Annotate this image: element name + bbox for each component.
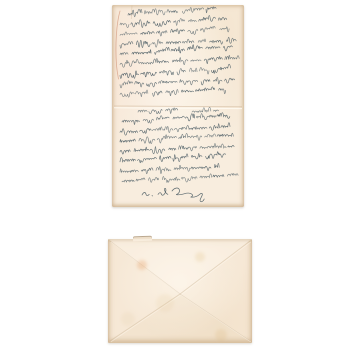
handwritten-word — [210, 143, 226, 147]
handwritten-word — [166, 89, 178, 95]
handwritten-word — [150, 147, 165, 154]
handwritten-word — [209, 124, 219, 131]
handwritten-word — [179, 133, 191, 138]
handwritten-word — [204, 56, 222, 63]
handwritten-word — [136, 178, 145, 181]
handwritten-word — [141, 31, 155, 34]
handwritten-word — [156, 166, 171, 173]
handwritten-word — [225, 78, 235, 83]
handwritten-word — [188, 20, 196, 22]
stain-spot — [215, 329, 227, 341]
envelope-creases-svg — [108, 239, 252, 343]
handwritten-word — [120, 71, 138, 79]
handwritten-word — [128, 9, 142, 17]
handwritten-word — [141, 168, 153, 174]
handwriting-line — [120, 55, 239, 67]
handwritten-word — [227, 173, 238, 176]
handwritten-word — [174, 127, 185, 132]
handwritten-word — [149, 177, 159, 182]
handwritten-word — [206, 46, 220, 48]
handwritten-word — [173, 154, 188, 162]
handwritten-word — [200, 174, 212, 178]
handwritten-word — [122, 180, 134, 182]
handwritten-word — [206, 7, 216, 13]
stain-spot — [121, 312, 135, 326]
handwriting-line — [120, 133, 233, 143]
handwritten-word — [139, 62, 152, 64]
handwritten-word — [226, 37, 236, 43]
handwritten-word — [186, 126, 207, 130]
handwritten-word — [191, 153, 202, 159]
handwritten-word — [171, 29, 185, 34]
handwritten-word — [198, 39, 205, 42]
handwritten-word — [120, 150, 130, 154]
handwritten-word — [205, 134, 216, 137]
handwritten-word — [146, 82, 156, 87]
handwritten-word — [220, 27, 229, 32]
handwritten-word — [173, 116, 185, 119]
handwritten-word — [157, 135, 176, 143]
handwritten-word — [191, 135, 202, 140]
handwriting-line — [122, 113, 230, 125]
handwritten-word — [166, 108, 178, 114]
stain-spot — [137, 260, 147, 270]
handwritten-word — [120, 158, 136, 162]
handwritten-word — [173, 18, 184, 25]
handwritten-word — [163, 126, 173, 132]
handwritten-word — [120, 169, 138, 172]
handwritten-word — [182, 7, 203, 13]
handwritten-word — [180, 80, 198, 85]
handwritten-word — [139, 137, 155, 144]
handwritten-word — [210, 40, 223, 44]
handwritten-word — [181, 90, 193, 92]
handwritten-word — [191, 166, 211, 170]
left-edge-curl-mark — [116, 11, 120, 79]
handwritten-word — [122, 120, 140, 124]
handwriting-svg — [112, 5, 244, 207]
signature-stroke — [142, 192, 149, 195]
handwritten-word — [171, 47, 185, 53]
signature — [142, 188, 204, 202]
handwritten-word — [144, 9, 165, 15]
handwritten-word — [179, 146, 197, 151]
handwritten-word — [200, 26, 215, 32]
handwritten-word — [167, 10, 178, 13]
handwritten-word — [228, 145, 234, 147]
handwritten-word — [166, 41, 181, 44]
handwritten-word — [200, 67, 209, 74]
handwritten-word — [141, 72, 157, 77]
handwritten-word — [120, 92, 134, 97]
handwritten-word — [153, 21, 170, 27]
horizontal-fold-crease — [114, 106, 242, 107]
handwriting-line — [120, 152, 226, 163]
handwritten-word — [206, 152, 226, 159]
handwritten-word — [211, 64, 230, 73]
letter-page — [112, 5, 244, 207]
handwritten-word — [217, 113, 230, 119]
handwritten-word — [177, 68, 185, 74]
handwriting-line — [120, 87, 226, 97]
handwritten-word — [134, 147, 149, 151]
handwritten-word — [156, 31, 167, 36]
top-flap-shade — [108, 239, 252, 294]
handwritten-word — [120, 32, 137, 35]
handwritten-word — [223, 46, 232, 51]
handwritten-word — [120, 23, 129, 28]
handwritten-word — [159, 70, 173, 75]
handwritten-word — [140, 129, 152, 134]
handwritten-word — [218, 17, 227, 20]
handwriting-line — [120, 163, 219, 173]
handwritten-word — [135, 81, 144, 87]
handwritten-word — [196, 114, 215, 120]
handwritten-word — [138, 110, 147, 112]
handwritten-word — [191, 60, 201, 61]
handwritten-word — [199, 15, 216, 21]
signature-stroke — [158, 188, 168, 195]
handwritten-word — [201, 80, 210, 85]
handwriting-line — [120, 45, 232, 55]
handwritten-word — [217, 133, 233, 136]
handwriting-line — [120, 37, 236, 48]
handwritten-word — [200, 146, 210, 148]
handwritten-word — [174, 165, 190, 171]
handwritten-word — [153, 58, 168, 63]
handwritten-word — [213, 175, 224, 177]
handwritten-word — [120, 139, 135, 142]
handwritten-word — [153, 91, 162, 96]
handwritten-word — [120, 129, 137, 135]
handwriting-line — [128, 7, 216, 17]
handwritten-word — [162, 176, 179, 182]
handwritten-word — [143, 119, 153, 123]
handwritten-word — [219, 88, 226, 93]
stain-spot — [156, 294, 174, 312]
top-vertical-crease — [131, 6, 132, 20]
handwritten-word — [221, 123, 230, 128]
handwritten-word — [213, 110, 218, 111]
handwritten-word — [137, 157, 156, 162]
handwritten-word — [120, 42, 133, 49]
handwritten-word — [190, 68, 198, 72]
handwritten-word — [131, 20, 150, 28]
handwritten-word — [152, 127, 162, 131]
handwritten-word — [188, 45, 203, 51]
handwriting-line — [120, 77, 235, 88]
handwritten-word — [156, 116, 169, 120]
handwritten-word — [120, 59, 138, 67]
handwritten-word — [185, 114, 194, 121]
handwritten-word — [213, 77, 222, 84]
handwritten-word — [195, 87, 214, 91]
handwritten-word — [214, 163, 219, 167]
handwritten-word — [182, 39, 194, 43]
handwritten-word — [152, 39, 163, 47]
handwritten-word — [120, 53, 128, 55]
handwritten-word — [188, 29, 198, 34]
handwritten-word — [169, 148, 176, 150]
handwriting-paragraph-1 — [120, 7, 239, 97]
fold-crease-highlight — [114, 108, 242, 109]
handwriting-line — [120, 64, 231, 78]
handwriting-line — [120, 26, 229, 36]
envelope-back — [108, 239, 252, 343]
stain-spot — [195, 252, 205, 262]
handwritten-word — [158, 81, 177, 84]
handwritten-word — [136, 90, 148, 97]
handwritten-word — [120, 81, 133, 88]
handwritten-word — [155, 47, 170, 54]
handwriting-line — [122, 173, 238, 182]
handwriting-line — [120, 123, 230, 135]
handwritten-word — [182, 177, 198, 182]
handwritten-word — [160, 156, 171, 162]
handwritten-word — [149, 109, 162, 113]
handwritten-word — [132, 50, 151, 54]
photo-canvas — [0, 0, 360, 360]
handwriting-line — [120, 15, 227, 27]
handwritten-word — [225, 55, 239, 59]
handwriting-paragraph-2 — [120, 107, 238, 182]
handwritten-word — [136, 40, 150, 47]
signature-stroke — [172, 188, 204, 202]
handwritten-word — [172, 58, 187, 65]
